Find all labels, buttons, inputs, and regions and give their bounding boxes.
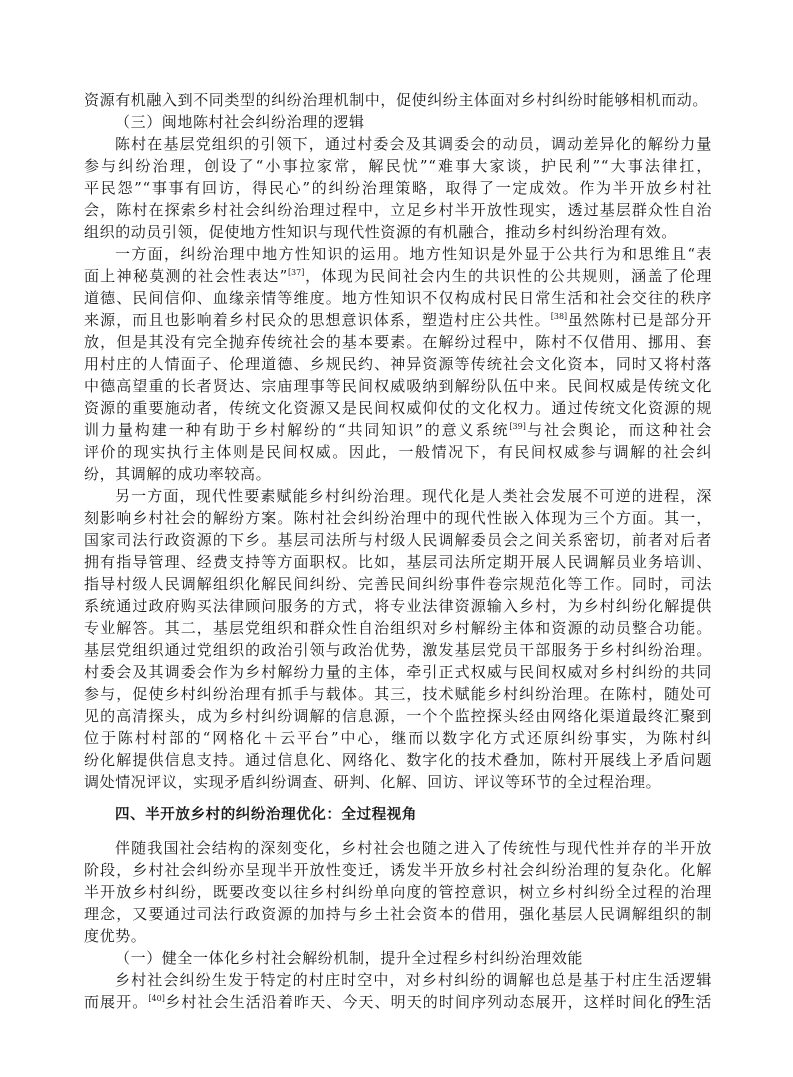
text-line: 见的高清探头，成为乡村纠纷调解的信息源，一个个监控探头经由网络化渠道最终汇聚到 [84,705,712,727]
text-span: 面上神秘莫测的社会性表达” [84,267,288,285]
subsection-heading-3: （三）闽地陈村社会纠纷治理的逻辑 [84,111,712,133]
text-span: ，体现为民间社会内生的共识性的公共规则，涵盖了伦理 [304,267,712,285]
text-line: 纷，其调解的成功率较高。 [84,463,712,485]
text-line: 位于陈村村部的“网格化＋云平台”中心，继而以数字化方式还原纠纷事实，为陈村纠 [84,727,712,749]
citation-ref-38[interactable]: [38] [551,312,567,321]
text-line: 理念，又要通过司法行政资源的加持与乡土社会资本的借用，强化基层人民调解组织的制 [84,903,712,925]
page-number: · 37 · [664,992,700,1008]
text-span: 训力量构建一种有助于乡村解纷的“共同知识”的意义系统 [84,421,509,439]
document-page: 资源有机融入到不同类型的纠纷治理机制中，促使纠纷主体面对乡村纠纷时能够相机而动。… [84,89,712,1013]
text-line: 会，陈村在探索乡村社会纠纷治理过程中，立足乡村半开放性现实，透过基层群众性自治 [84,199,712,221]
text-span: 来源，而且也影响着乡村民众的思想意识体系，塑造村庄公共性。 [84,311,551,329]
text-line: 伴随我国社会结构的深刻变化，乡村社会也随之进入了传统性与现代性并存的半开放 [84,837,712,859]
text-line: 而展开。[40]乡村社会生活沿着昨天、今天、明天的时间序列动态展开，这样时间化的… [84,991,712,1013]
text-line: 度优势。 [84,925,712,947]
paragraph-local-knowledge: 一方面，纠纷治理中地方性知识的运用。地方性知识是外显于公共行为和思维且“表 面上… [84,243,712,485]
text-line: 道德、民间信仰、血缘亲情等维度。地方性知识不仅构成村民日常生活和社会交往的秩序 [84,287,712,309]
text-line: 系统通过政府购买法律顾问服务的方式，将专业法律资源输入乡村，为乡村纠纷化解提供 [84,595,712,617]
text-line: 刻影响乡村社会的解纷方案。陈村社会纠纷治理中的现代性嵌入体现为三个方面。其一， [84,507,712,529]
text-line: 指导村级人民调解组织化解民间纠纷、完善民间纠纷事件卷宗规范化等工作。同时，司法 [84,573,712,595]
text-line: 半开放乡村纠纷，既要改变以往乡村纠纷单向度的管控意识，树立乡村纠纷全过程的治理 [84,881,712,903]
text-span: 虽然陈村已是部分开 [567,311,712,329]
text-line: 放，但是其没有完全抛弃传统社会的基本要素。在解纷过程中，陈村不仅借用、挪用、套 [84,331,712,353]
text-line: 组织的动员引领，促使地方性知识与现代性资源的有机融合，推动乡村纠纷治理有效。 [84,221,712,243]
text-line: 乡村社会纠纷生发于特定的村庄时空中，对乡村纠纷的调解也总是基于村庄生活逻辑 [84,969,712,991]
citation-ref-40[interactable]: [40] [148,994,164,1003]
text-span: 与社会舆论，而这种社会 [526,421,712,439]
subsection-heading-1: （一）健全一体化乡村社会解纷机制，提升全过程乡村纠纷治理效能 [84,947,712,969]
citation-ref-37[interactable]: [37] [288,268,304,277]
text-line: 参与，促使乡村纠纷治理有抓手与载体。其三，技术赋能乡村纠纷治理。在陈村，随处可 [84,683,712,705]
paragraph-semi-open-stage: 伴随我国社会结构的深刻变化，乡村社会也随之进入了传统性与现代性并存的半开放 阶段… [84,837,712,947]
paragraph-modernity-elements: 另一方面，现代性要素赋能乡村纠纷治理。现代化是人类社会发展不可逆的进程，深 刻影… [84,485,712,793]
text-line: 纷化解提供信息支持。通过信息化、网络化、数字化的技术叠加，陈村开展线上矛盾问题 [84,749,712,771]
text-line: 调处情况评议，实现矛盾纠纷调查、研判、化解、回访、评议等环节的全过程治理。 [84,771,712,793]
text-line: 另一方面，现代性要素赋能乡村纠纷治理。现代化是人类社会发展不可逆的进程，深 [84,485,712,507]
text-line: 中德高望重的长者贤达、宗庙理事等民间权威吸纳到解纷队伍中来。民间权威是传统文化 [84,375,712,397]
text-line: 面上神秘莫测的社会性表达”[37]，体现为民间社会内生的共识性的公共规则，涵盖了… [84,265,712,287]
section-heading-4: 四、半开放乡村的纠纷治理优化：全过程视角 [84,804,712,826]
text-line: 国家司法行政资源的下乡。基层司法所与村级人民调解委员会之间关系密切，前者对后者 [84,529,712,551]
text-line: 平民怨”“事事有回访，得民心”的纠纷治理策略，取得了一定成效。作为半开放乡村社 [84,177,712,199]
text-line: 来源，而且也影响着乡村民众的思想意识体系，塑造村庄公共性。[38]虽然陈村已是部… [84,309,712,331]
paragraph-village-space-time: 乡村社会纠纷生发于特定的村庄时空中，对乡村纠纷的调解也总是基于村庄生活逻辑 而展… [84,969,712,1013]
text-line: 评价的现实执行主体则是民间权威。因此，一般情况下，有民间权威参与调解的社会纠 [84,441,712,463]
text-line: 训力量构建一种有助于乡村解纷的“共同知识”的意义系统[39]与社会舆论，而这种社… [84,419,712,441]
text-line: 用村庄的人情面子、伦理道德、乡规民约、神异资源等传统社会文化资本，同时又将村落 [84,353,712,375]
text-span: 而展开。 [84,993,148,1011]
text-line: 一方面，纠纷治理中地方性知识的运用。地方性知识是外显于公共行为和思维且“表 [84,243,712,265]
text-line: 资源的重要施动者，传统文化资源又是民间权威仰仗的文化权力。通过传统文化资源的规 [84,397,712,419]
paragraph-continuation: 资源有机融入到不同类型的纠纷治理机制中，促使纠纷主体面对乡村纠纷时能够相机而动。 [84,89,712,111]
text-span: 乡村社会生活沿着昨天、今天、明天的时间序列动态展开，这样时间化的生活 [165,993,712,1011]
text-line: 参与纠纷治理，创设了“小事拉家常，解民忧”“难事大家谈，护民利”“大事法律扛， [84,155,712,177]
citation-ref-39[interactable]: [39] [509,422,525,431]
text-line: 陈村在基层党组织的引领下，通过村委会及其调委会的动员，调动差异化的解纷力量 [84,133,712,155]
text-line: 基层党组织通过党组织的政治引领与政治优势，激发基层党员干部服务于乡村纠纷治理。 [84,639,712,661]
text-line: 阶段，乡村社会纠纷亦呈现半开放性变迁，诱发半开放乡村社会纠纷治理的复杂化。化解 [84,859,712,881]
text-line: 村委会及其调委会作为乡村解纷力量的主体，牵引正式权威与民间权威对乡村纠纷的共同 [84,661,712,683]
text-line: 专业解答。其二，基层党组织和群众性自治组织对乡村解纷主体和资源的动员整合功能。 [84,617,712,639]
text-line: 拥有指导管理、经费支持等方面职权。比如，基层司法所定期开展人民调解员业务培训、 [84,551,712,573]
paragraph-chen-village-strategy: 陈村在基层党组织的引领下，通过村委会及其调委会的动员，调动差异化的解纷力量 参与… [84,133,712,243]
